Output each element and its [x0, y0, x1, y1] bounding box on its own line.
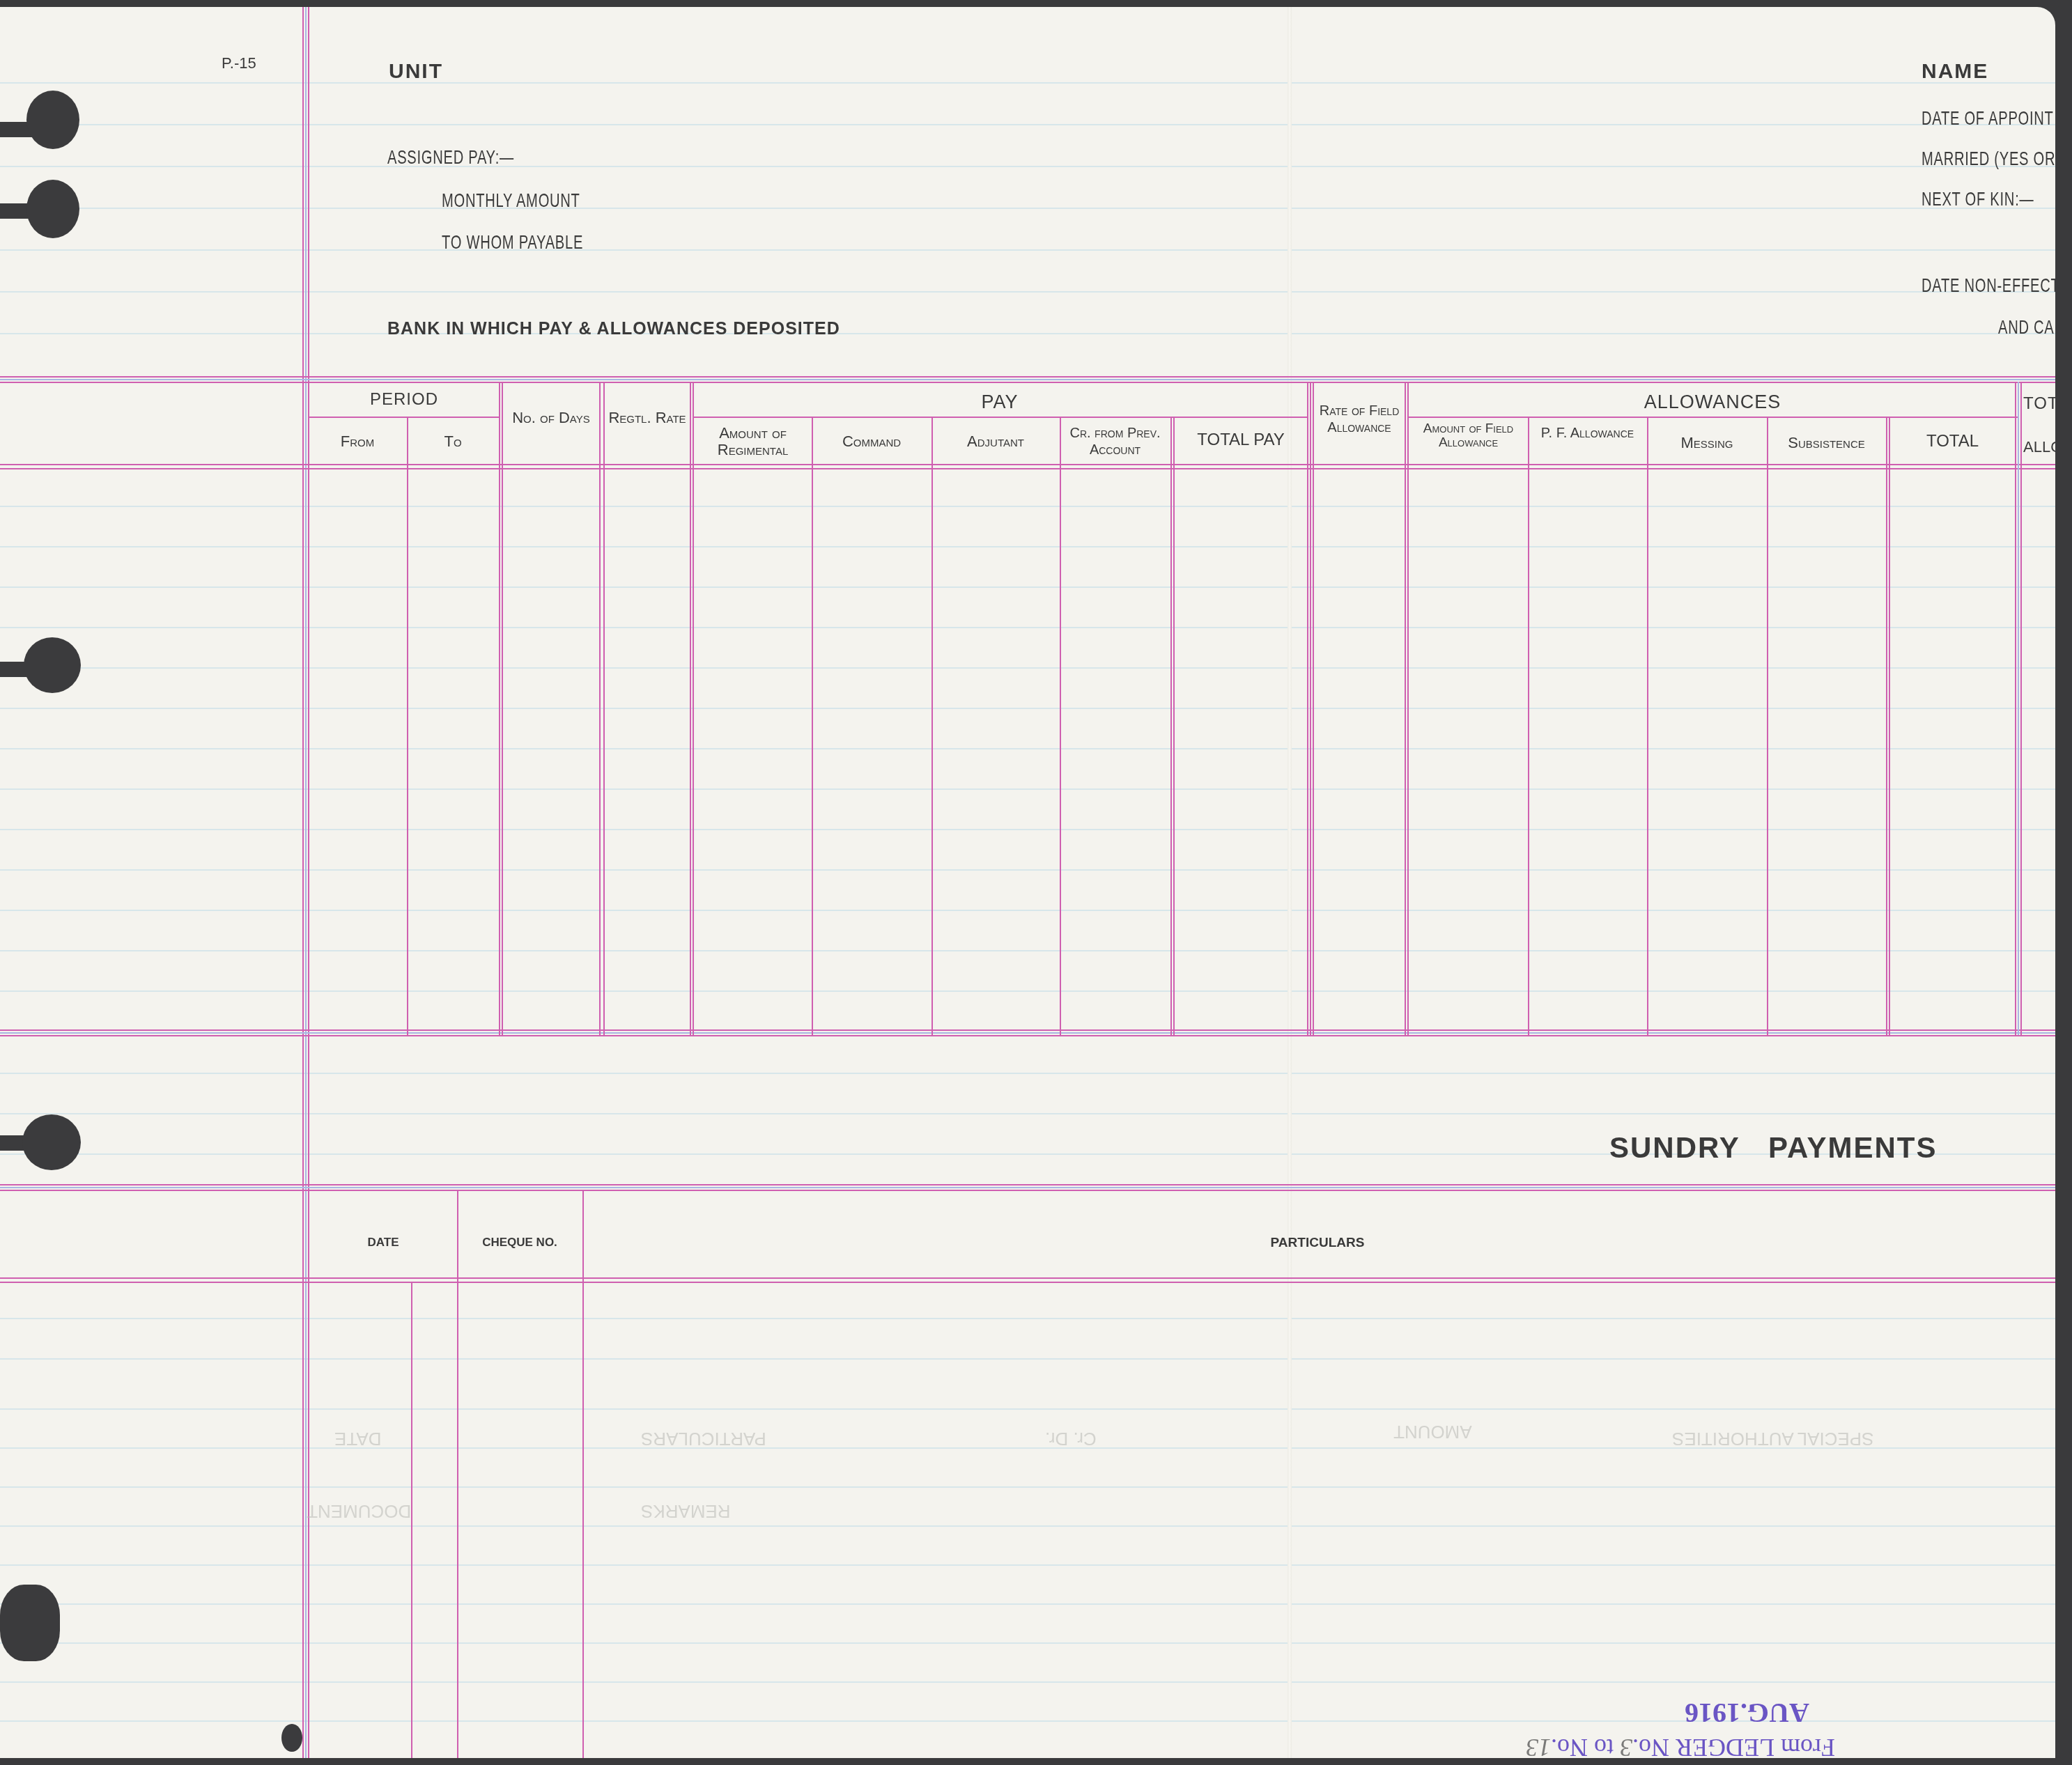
assigned-pay-label: ASSIGNED PAY:—	[387, 146, 514, 169]
monthly-amount-label: MONTHLY AMOUNT	[442, 189, 580, 212]
date-of-appointment-label: DATE OF APPOINT	[1922, 107, 2054, 130]
col-command: Command	[812, 433, 931, 450]
col-particulars: PARTICULARS	[582, 1236, 2055, 1251]
col-total: TOTAL	[1890, 433, 2015, 450]
and-cause-label: AND CAU	[1998, 316, 2055, 339]
col-date: DATE	[309, 1236, 457, 1250]
col-regtl-rate: Regtl. Rate	[605, 410, 690, 426]
col-amount-of-field-allowance: Amount of Field Allowance	[1409, 422, 1528, 450]
bank-label: BANK IN WHICH PAY & ALLOWANCES DEPOSITED	[387, 319, 840, 339]
col-from: From	[308, 433, 407, 450]
sundry-payments-title: SUNDRY PAYMENTS	[1609, 1131, 1937, 1165]
scan-background-edge	[2055, 0, 2072, 1765]
col-amount-of-regimental: Amount of Regimental	[694, 425, 812, 458]
col-cheque-no: CHEQUE NO.	[457, 1236, 582, 1250]
col-messing: Messing	[1647, 435, 1767, 451]
col-pf-allowance: P. F. Allowance	[1528, 425, 1647, 442]
to-whom-payable-label: TO WHOM PAYABLE	[442, 231, 583, 254]
group-total-partial: TOT	[2023, 394, 2055, 414]
sundry-table-body[interactable]	[309, 1283, 2051, 1757]
date-stamp: AUG.1916	[1685, 1697, 1809, 1729]
ledger-stamp-text: From LEDGER No.	[1632, 1734, 1835, 1758]
col-cr-from-prev-account: Cr. from Prev. Account	[1060, 425, 1170, 458]
ledger-from-handwritten: 3	[1620, 1734, 1632, 1758]
col-subsistence: Subsistence	[1767, 435, 1886, 451]
form-number: P.-15	[222, 54, 256, 72]
col-total-allowances-partial: ALLO	[2023, 439, 2055, 456]
group-period: PERIOD	[308, 390, 500, 410]
date-non-effective-label: DATE NON-EFFECT	[1922, 274, 2055, 297]
unit-label: UNIT	[389, 60, 443, 84]
ledger-to-handwritten: 13	[1526, 1734, 1551, 1758]
name-label: NAME	[1922, 60, 1988, 84]
pay-table-body[interactable]	[309, 469, 2015, 1028]
col-rate-of-field-allowance: Rate of Field Allowance	[1314, 403, 1405, 436]
col-total-pay: TOTAL PAY	[1175, 432, 1307, 449]
col-no-of-days: No. of Days	[503, 410, 599, 426]
married-label: MARRIED (YES OR	[1922, 148, 2055, 170]
next-of-kin-label: NEXT OF KIN:—	[1922, 188, 2034, 210]
group-pay: PAY	[693, 391, 1307, 413]
ledger-to-text: to No.	[1551, 1734, 1614, 1758]
ledger-page: P.-15 UNIT NAME ASSIGNED PAY:— MONTHLY A…	[0, 7, 2055, 1758]
ledger-stamp: From LEDGER No.3 to No.13	[1526, 1733, 1835, 1758]
group-allowances: ALLOWANCES	[1407, 391, 2018, 413]
col-to: To	[407, 433, 499, 450]
col-adjutant: Adjutant	[931, 433, 1060, 450]
